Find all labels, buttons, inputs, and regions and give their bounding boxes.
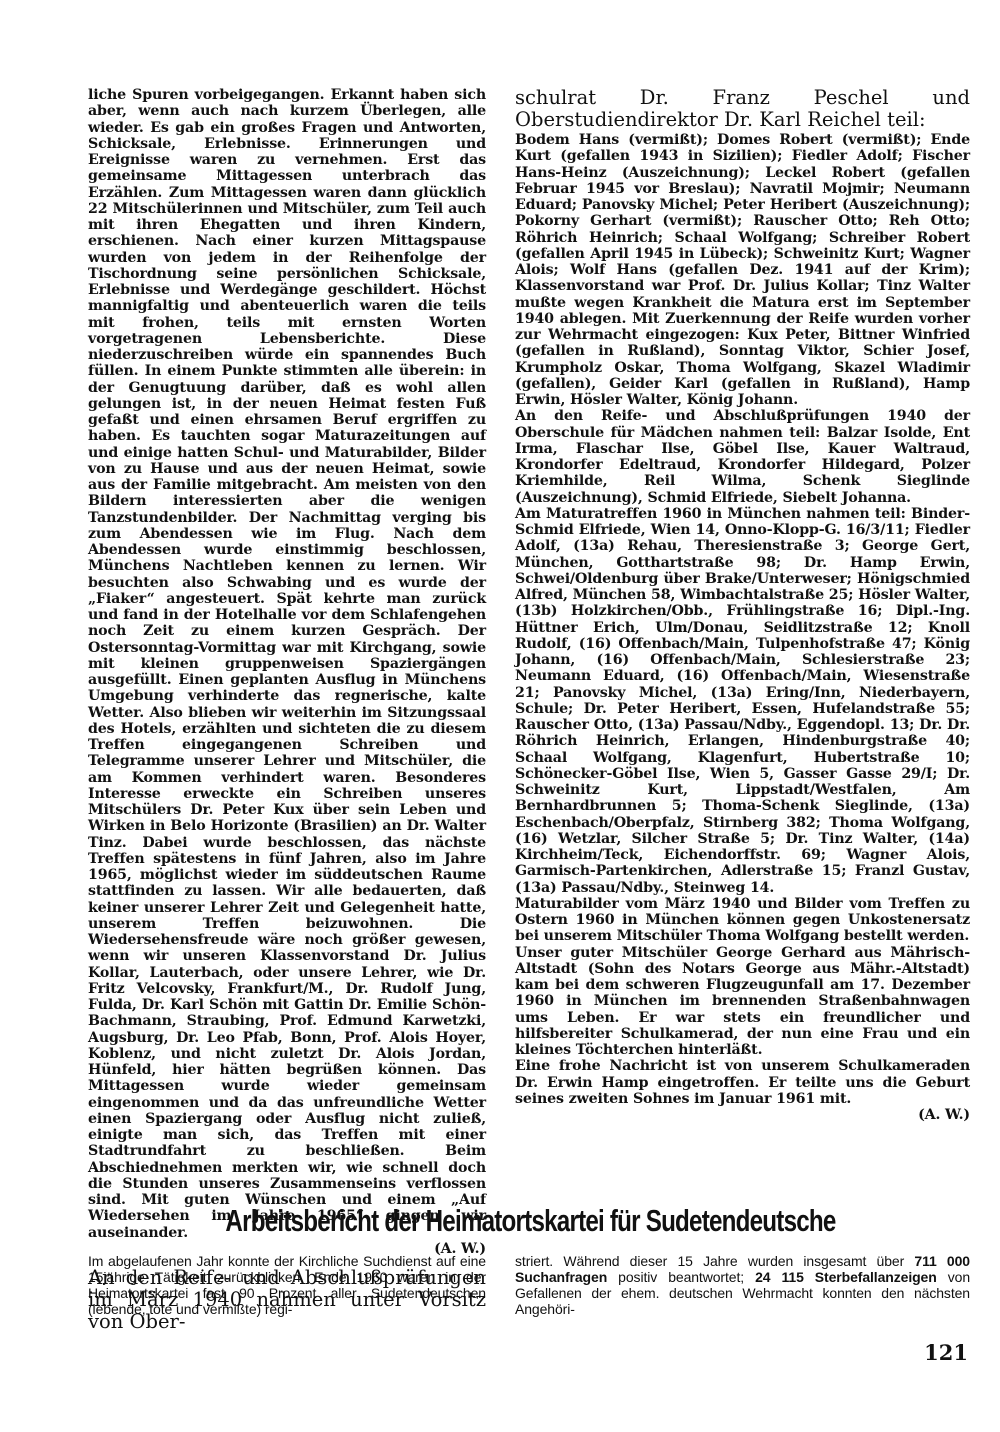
- graduates-list-boys: Bodem Hans (vermißt); Domes Robert (verm…: [515, 132, 970, 408]
- article-column-left: liche Spuren vorbeigegangen. Erkannt hab…: [88, 87, 486, 1333]
- report-text-segment: striert. Während dieser 15 Jahre wurden …: [515, 1253, 914, 1269]
- exam-section-lead-in-continued: schulrat Dr. Franz Peschel und Oberstudi…: [515, 87, 970, 131]
- death-notices-count: 24 115 Sterbefallanzeigen: [755, 1269, 937, 1285]
- birth-announcement: Eine frohe Nachricht ist von unserem Sch…: [515, 1058, 970, 1107]
- photo-order-notice: Maturabilder vom März 1940 und Bilder vo…: [515, 896, 970, 945]
- report-body-text: Im abgelaufenen Jahr konnte der Kirchlic…: [88, 1254, 486, 1318]
- report-headline: Arbeitsbericht der Heimatortskartei für …: [185, 1203, 875, 1239]
- graduates-list-girls: An den Reife- und Abschlußprüfungen 1940…: [515, 408, 970, 506]
- report-column-right: striert. Während dieser 15 Jahre wurden …: [515, 1254, 970, 1318]
- page-number: 121: [924, 1340, 968, 1365]
- article-body-text: liche Spuren vorbeigegangen. Erkannt hab…: [88, 87, 486, 1241]
- obituary-notice: Unser guter Mitschüler George Gerhard au…: [515, 945, 970, 1059]
- reunion-attendees-list: Am Maturatreffen 1960 in München nahmen …: [515, 506, 970, 896]
- article-column-right: schulrat Dr. Franz Peschel und Oberstudi…: [515, 87, 970, 1123]
- report-column-left: Im abgelaufenen Jahr konnte der Kirchlic…: [88, 1254, 486, 1318]
- report-body-text-continued: striert. Während dieser 15 Jahre wurden …: [515, 1254, 970, 1318]
- report-text-segment: positiv beantwortet;: [607, 1269, 755, 1285]
- author-signature: (A. W.): [515, 1107, 970, 1123]
